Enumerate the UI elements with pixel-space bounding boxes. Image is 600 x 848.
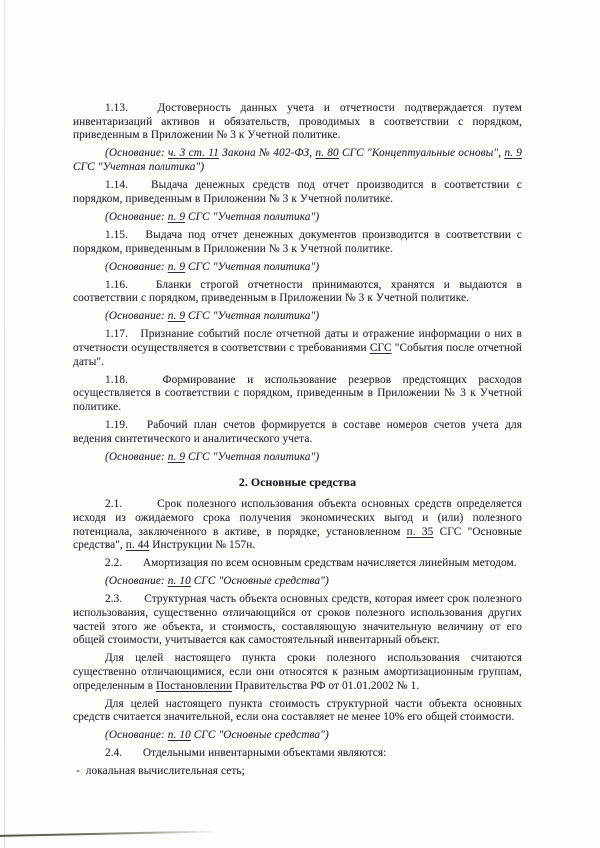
basis-1-13: (Основание: ч. 3 ст. 11 Закона № 402-ФЗ,… (73, 147, 522, 174)
basis-1-14: (Основание: п. 9 СГС "Учетная политика") (73, 211, 522, 225)
legal-reference: ч. 3 ст. 11 (168, 147, 219, 159)
legal-reference: п. 10 (168, 729, 191, 741)
text-run: Для целей настоящего пункта стоимость ст… (73, 698, 522, 724)
text-run: Правительства РФ от 01.01.2002 № 1. (232, 680, 419, 692)
scanned-document-page: 1.13. Достоверность данных учета и отчет… (0, 0, 600, 848)
para-2-3-note-2: Для целей настоящего пункта стоимость ст… (73, 698, 522, 725)
text-run: (Основание: (105, 147, 168, 159)
text-run: (Основание: (105, 575, 168, 587)
text-run: (Основание: (105, 261, 168, 273)
para-2-3: 2.3. Структурная часть объекта основных … (73, 593, 522, 648)
text-run: СГС "Основные средства") (191, 729, 329, 741)
scan-left-edge-line (4, 0, 5, 848)
para-2-4: 2.4. Отдельными инвентарными объектами я… (73, 747, 522, 761)
text-run: 1.19. Рабочий план счетов формируется в … (73, 419, 522, 445)
text-run: - локальная вычислительная сеть; (76, 765, 245, 777)
text-run: СГС "Учетная политика") (73, 161, 204, 173)
basis-2-2: (Основание: п. 10 СГС "Основные средства… (73, 575, 522, 589)
text-run: 1.16. Бланки строгой отчетности принимаю… (73, 279, 522, 305)
text-run: (Основание: (105, 451, 168, 463)
text-run: СГС "Учетная политика") (185, 310, 319, 322)
text-run: 2.2. Амортизация по всем основным средст… (105, 557, 517, 569)
text-run: Закона № 402-ФЗ, (219, 147, 315, 159)
text-run: Инструкции № 157н. (149, 539, 255, 551)
para-1-15: 1.15. Выдача под отчет денежных документ… (73, 229, 522, 256)
para-1-18: 1.18. Формирование и использование резер… (73, 374, 522, 415)
basis-1-15: (Основание: п. 9 СГС "Учетная политика") (73, 261, 522, 275)
text-run: (Основание: (105, 729, 168, 741)
text-run: 1.15. Выдача под отчет денежных документ… (73, 229, 522, 255)
section-2-heading: 2. Основные средства (73, 476, 522, 490)
para-2-3-note-1: Для целей настоящего пункта сроки полезн… (73, 652, 522, 693)
text-run: 2. Основные средства (239, 475, 356, 489)
legal-reference: п. 10 (168, 575, 191, 587)
legal-reference: Постановлении (156, 680, 232, 692)
para-2-1: 2.1. Срок полезного использования объект… (73, 498, 522, 553)
para-1-13: 1.13. Достоверность данных учета и отчет… (73, 102, 522, 143)
legal-reference: п. 9 (168, 451, 185, 463)
text-run: 1.13. Достоверность данных учета и отчет… (73, 102, 522, 141)
text-run: (Основание: (105, 211, 168, 223)
text-run: СГС "Учетная политика") (185, 211, 319, 223)
text-run: 2.3. Структурная часть объекта основных … (73, 593, 522, 646)
legal-reference: п. 9 (504, 147, 522, 159)
para-1-17: 1.17. Признание событий после отчетной д… (73, 328, 522, 369)
text-run: 2.4. Отдельными инвентарными объектами я… (105, 747, 386, 759)
text-run: (Основание: (105, 310, 168, 322)
basis-2-3: (Основание: п. 10 СГС "Основные средства… (73, 729, 522, 743)
legal-reference: п. 9 (168, 211, 185, 223)
text-run: СГС "Учетная политика") (185, 451, 319, 463)
text-run: СГС "Учетная политика") (185, 261, 319, 273)
text-run: СГС "Основные средства") (191, 575, 329, 587)
legal-reference: п. 80 (315, 147, 338, 159)
para-2-2: 2.2. Амортизация по всем основным средст… (73, 557, 522, 571)
basis-1-16: (Основание: п. 9 СГС "Учетная политика") (73, 310, 522, 324)
legal-reference: СГС (370, 342, 392, 354)
legal-reference: п. 44 (126, 539, 150, 551)
legal-reference: п. 9 (168, 261, 185, 273)
document-content: 1.13. Достоверность данных учета и отчет… (73, 102, 522, 783)
para-1-19: 1.19. Рабочий план счетов формируется в … (73, 419, 522, 446)
para-1-16: 1.16. Бланки строгой отчетности принимаю… (73, 279, 522, 306)
para-1-14: 1.14. Выдача денежных средств под отчет … (73, 179, 522, 206)
list-item-lan: - локальная вычислительная сеть; (73, 765, 522, 779)
basis-1-19: (Основание: п. 9 СГС "Учетная политика") (73, 451, 522, 465)
legal-reference: п. 9 (168, 310, 185, 322)
text-run: 1.18. Формирование и использование резер… (73, 374, 522, 413)
text-run: СГС "Концептуальные основы", (339, 147, 505, 159)
legal-reference: п. 35 (407, 526, 434, 538)
scan-bottom-artifact (0, 830, 215, 837)
text-run: 1.14. Выдача денежных средств под отчет … (73, 179, 522, 205)
